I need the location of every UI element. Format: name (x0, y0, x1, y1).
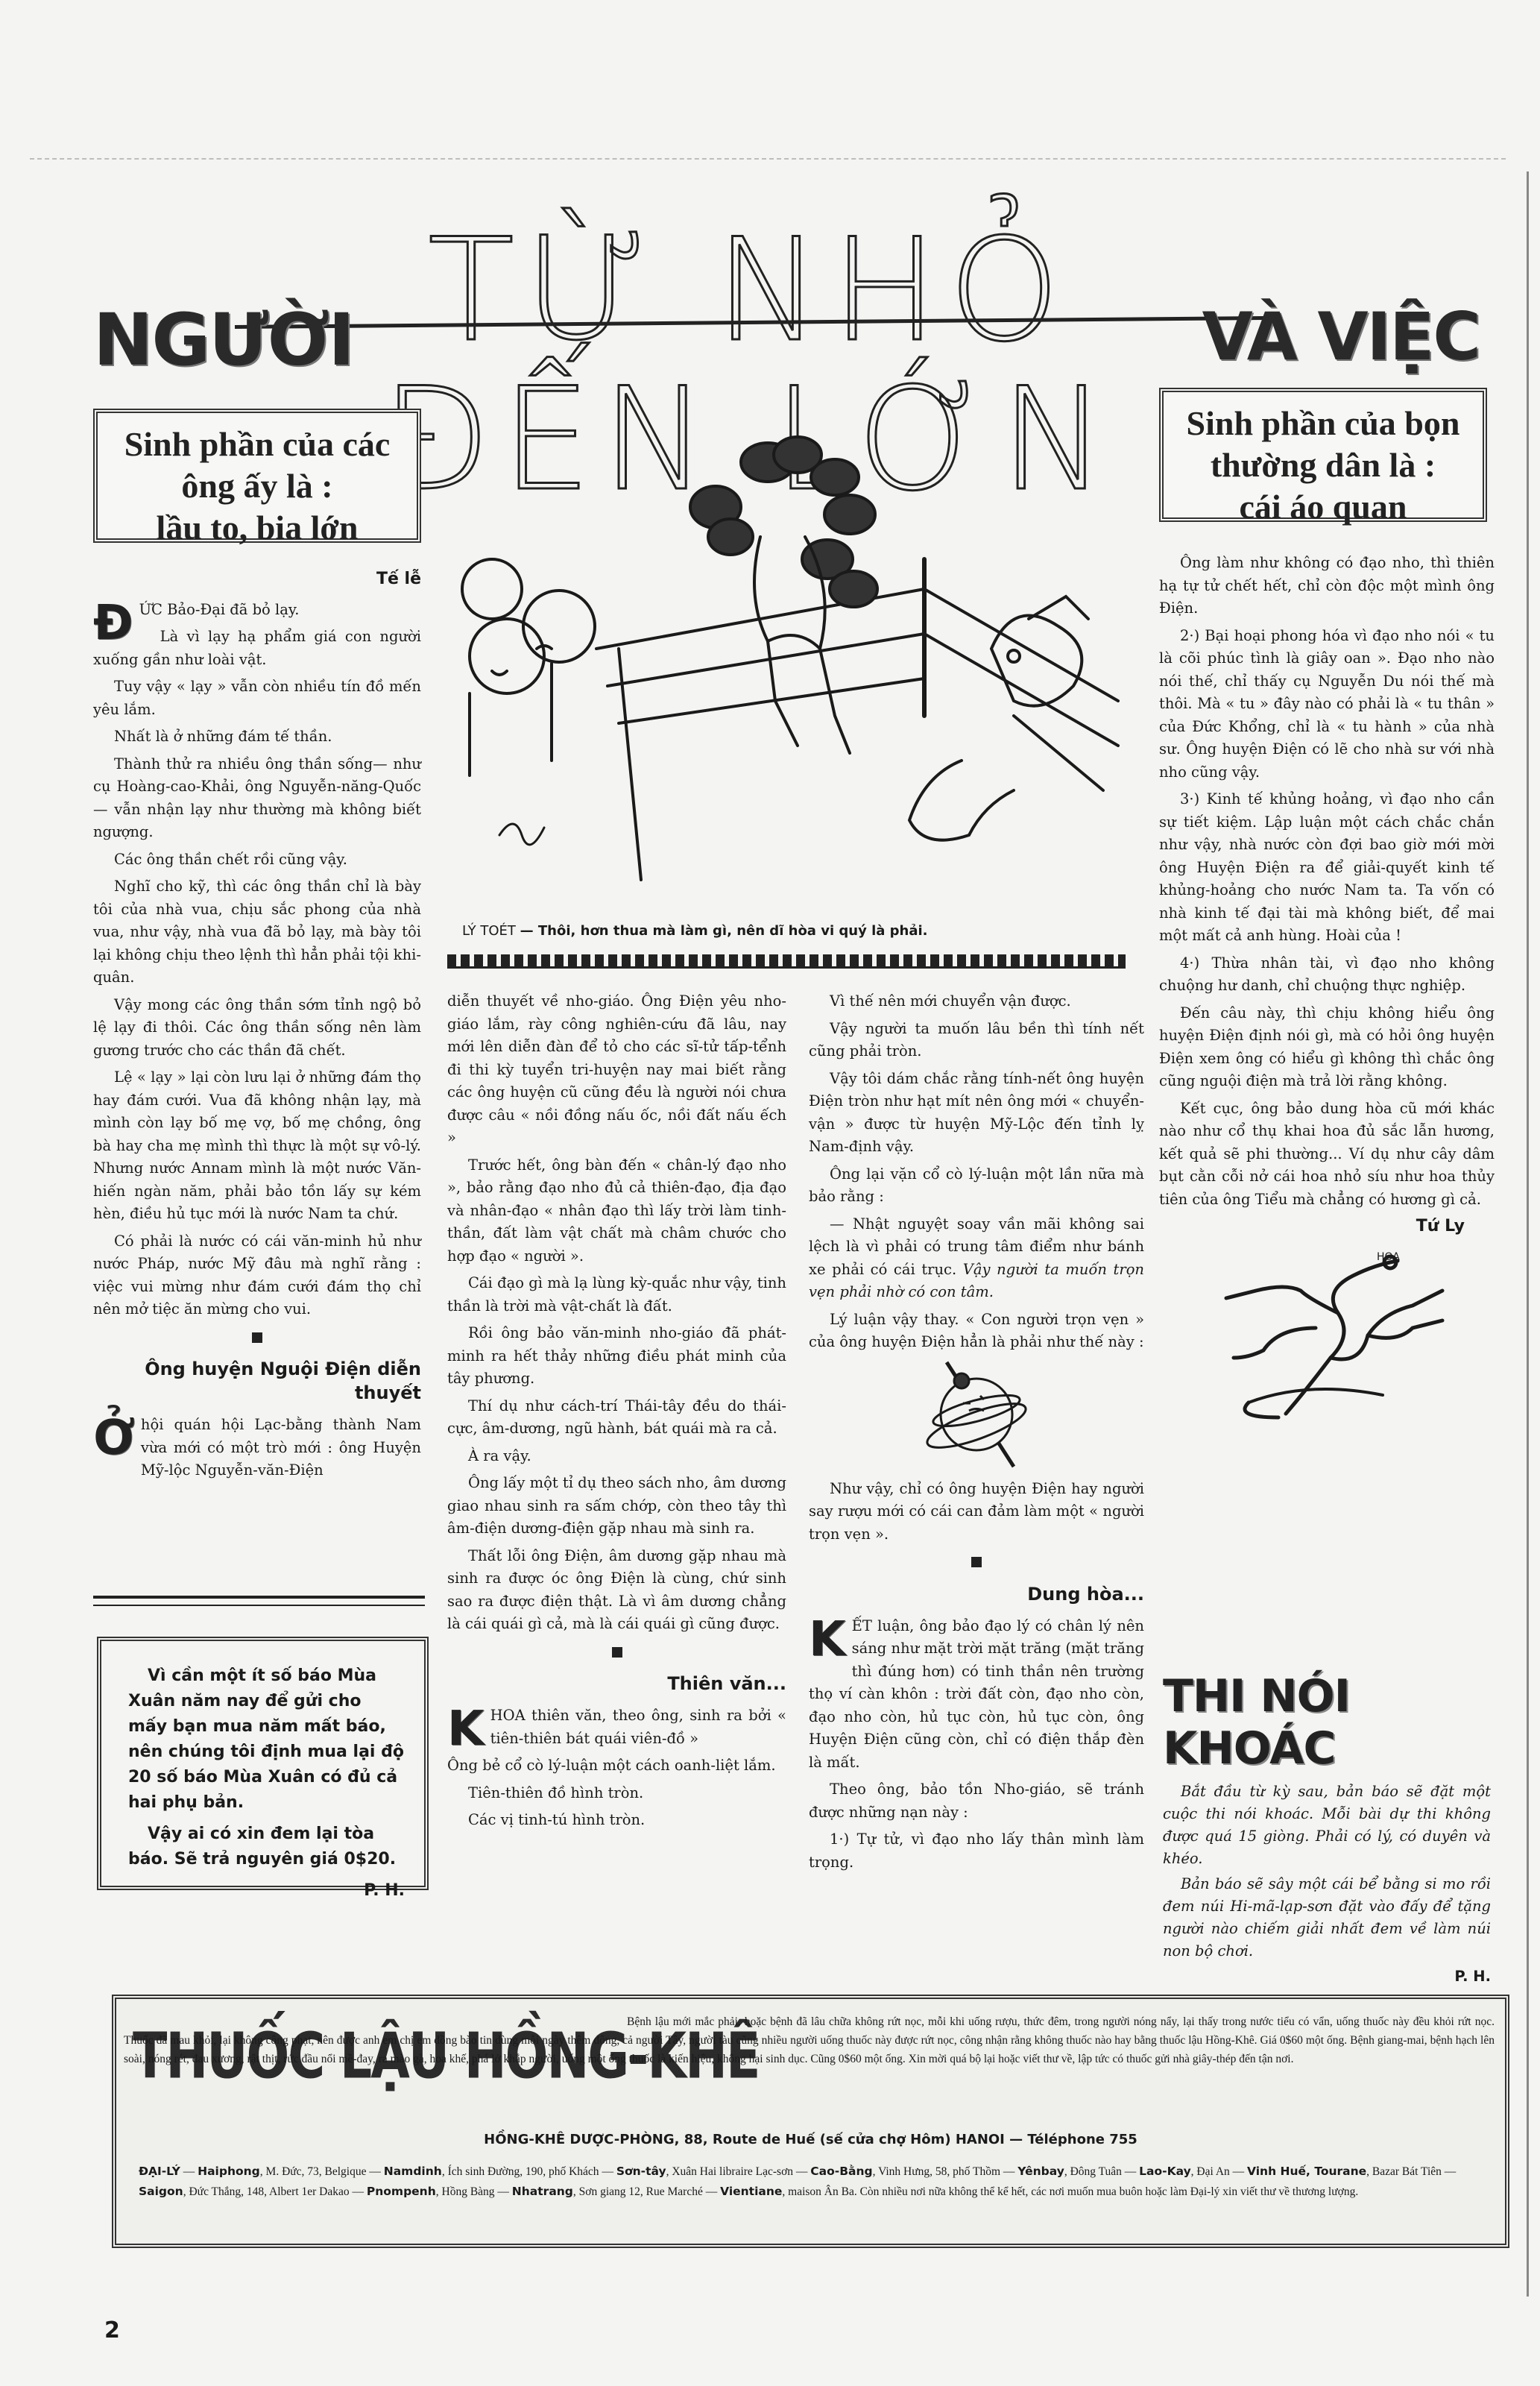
agent-detail: Đức Thắng, 148, Albert 1er Dakao (189, 2185, 349, 2198)
headline-line: Sinh phần của bọn (1171, 403, 1475, 444)
agents-note: Còn nhiều nơi nữa không thể kể hết, các … (860, 2185, 1359, 2198)
caption-text: — Thôi, hơn thua mà làm gì, nên dĩ hòa v… (520, 923, 928, 939)
notice-signature: P. H. (128, 1878, 405, 1904)
paragraph: Kết cục, ông bảo dung hòa cũ mới khác nà… (1159, 1098, 1495, 1212)
paragraph: Các vị tinh-tú hình tròn. (447, 1809, 786, 1832)
top-rule (30, 158, 1506, 160)
paragraph: Tiên-thiên đồ hình tròn. (447, 1782, 786, 1805)
section-separator (447, 1643, 786, 1666)
contest-text: Bản báo sẽ sây một cái bể bằng si mo rồi… (1163, 1873, 1491, 1962)
agent-city: Sơn-tây (616, 2165, 666, 2178)
agent-city: Nhatrang (512, 2185, 573, 2198)
agent-detail: Ích sinh Đường, 190, phố Khách (448, 2165, 599, 2178)
page-number: 2 (104, 2317, 120, 2343)
contest-text: Bắt đầu từ kỳ sau, bản báo sẽ đặt một cu… (1163, 1781, 1491, 1870)
masthead-left-word: NGƯỜI (93, 298, 353, 382)
headline-line: ông ấy là : (105, 465, 409, 507)
masthead-right-word: VÀ VIỆC (1202, 298, 1480, 375)
agent-detail: Sơn giang 12, Rue Marché (579, 2185, 703, 2198)
paragraph: Nhất là ở những đám tế thần. (93, 725, 421, 749)
headline-line: Sinh phần của các (105, 424, 409, 465)
section-title-thien-van: Thiên văn... (447, 1672, 786, 1696)
paragraph: Vậy mong các ông thần sớm tỉnh ngộ bỏ lệ… (93, 994, 421, 1063)
paragraph: — Nhật nguyệt soay vần mãi không sai lệc… (809, 1213, 1144, 1304)
paragraph: Có phải là nước có cái văn-minh hủ như n… (93, 1230, 421, 1321)
agent-detail: M. Đức, 73, Belgique (266, 2165, 367, 2178)
headline-line: thường dân là : (1171, 444, 1475, 486)
headline-line: lầu to, bia lớn (105, 507, 409, 549)
paragraph: Lệ « lạy » lại còn lưu lại ở những đám t… (93, 1066, 421, 1226)
headline-line: cái áo quan (1171, 486, 1475, 528)
paragraph: Ông làm như không có đạo nho, thì thiên … (1159, 552, 1495, 620)
author-signature: Tứ Ly (1159, 1215, 1465, 1238)
paragraph: 2·) Bại hoại phong hóa vì đạo nho nói « … (1159, 625, 1495, 784)
agent-city: Vientiane (720, 2185, 782, 2198)
paragraph: Trước hết, ông bàn đến « chân-lý đạo nho… (447, 1154, 786, 1268)
paragraph: Thí dụ như cách-trí Thái-tây đều do thái… (447, 1395, 786, 1441)
notice-text: Vậy ai có xin đem lại tòa báo. Sẽ trả ng… (128, 1822, 405, 1872)
agent-detail: Đại An (1196, 2165, 1229, 2178)
paragraph: Đến câu này, thì chịu không hiểu ông huy… (1159, 1002, 1495, 1093)
double-rule (93, 1596, 425, 1606)
drop-cap: Đ (93, 602, 133, 645)
page-edge-rule (1527, 171, 1529, 2297)
agent-detail: Xuân Hai libraire Lạc-sơn (672, 2165, 793, 2178)
boxing-cartoon-illustration (447, 403, 1118, 917)
caption-speaker: LÝ TOÉT (462, 923, 516, 939)
paragraph: Là vì lạy hạ phẩm giá con người xuống gầ… (93, 626, 421, 671)
drop-cap: Ở (93, 1417, 135, 1460)
paragraph: Vậy người ta muốn lâu bền thì tính nết c… (809, 1018, 1144, 1063)
notice-box: Vì cần một ít số báo Mùa Xuân năm nay để… (97, 1637, 429, 1890)
agent-city: Yênbay (1017, 2165, 1064, 2178)
paragraph: Các ông thần chết rồi cũng vậy. (93, 849, 421, 872)
agent-city: Namdinh (384, 2165, 442, 2178)
section-title-ong-huyen: Ông huyện Nguội Điện diễn thuyết (93, 1357, 421, 1405)
agent-detail: Hồng Bàng (442, 2185, 495, 2198)
paragraph: Thất lỗi ông Điện, âm dương gặp nhau mà … (447, 1545, 786, 1636)
paragraph: KHOA thiên văn, theo ông, sinh ra bởi « … (447, 1704, 786, 1750)
paragraph: À ra vậy. (447, 1445, 786, 1468)
paragraph: Ông lấy một tỉ dụ theo sách nho, âm dươn… (447, 1472, 786, 1540)
article-column-3: Vì thế nên mới chuyển vận được. Vậy ngườ… (809, 990, 1144, 1878)
drawing-label: HOA (1377, 1246, 1400, 1269)
advertisement-hong-khe: THUỐC LẬU HỒNG-KHÊ Bệnh lậu mới mắc phải… (112, 1995, 1509, 2248)
contest-signature: P. H. (1163, 1965, 1491, 1988)
agents-label: ĐẠI-LÝ (139, 2165, 180, 2178)
agent-detail: Vinh Hưng, 58, phố Thồm (878, 2165, 1000, 2178)
spinning-globe-illustration (809, 1359, 1144, 1478)
paragraph: Như vậy, chỉ có ông huyện Điện hay người… (809, 1478, 1144, 1546)
paragraph: Ởhội quán hội Lạc-bằng thành Nam vừa mới… (93, 1414, 421, 1482)
drop-cap: K (809, 1618, 846, 1661)
paragraph: Ông lại vặn cổ cò lý-luận một lần nữa mà… (809, 1163, 1144, 1209)
paragraph: diễn thuyết về nho-giáo. Ông Điện yêu nh… (447, 990, 786, 1150)
agent-city: Vinh Huế, Tourane (1247, 2165, 1366, 2178)
cartoon-caption: LÝ TOÉT — Thôi, hơn thua mà làm gì, nên … (462, 923, 1133, 939)
bonsai-tree-illustration: HOA (1159, 1246, 1495, 1417)
paragraph: 3·) Kinh tế khủng hoảng, vì đạo nho cần … (1159, 788, 1495, 948)
paragraph: Tuy vậy « lạy » vẫn còn nhiều tín đồ mến… (93, 676, 421, 721)
contest-announcement: THI NÓI KHOÁC Bắt đầu từ kỳ sau, bản báo… (1163, 1670, 1491, 1991)
agent-city: Pnompenh (367, 2185, 436, 2198)
agent-city: Saigon (139, 2185, 183, 2198)
agent-city: Haiphong (198, 2165, 260, 2178)
paragraph: 4·) Thừa nhân tài, vì đạo nho không chuộ… (1159, 952, 1495, 998)
paragraph: Vì thế nên mới chuyển vận được. (809, 990, 1144, 1013)
paragraph: Vậy tôi dám chắc rằng tính-nết ông huyện… (809, 1068, 1144, 1159)
left-boxed-headline: Sinh phần của các ông ấy là : lầu to, bi… (93, 409, 421, 543)
right-boxed-headline: Sinh phần của bọn thường dân là : cái áo… (1159, 388, 1487, 522)
drop-cap: K (447, 1707, 485, 1751)
ad-agents-list: ĐẠI-LÝ — Haiphong, M. Đức, 73, Belgique … (139, 2162, 1495, 2202)
paragraph: 1·) Tự tử, vì đạo nho lấy thân mình làm … (809, 1828, 1144, 1874)
checkered-divider (447, 954, 1126, 969)
section-title-te-le: Tế lễ (93, 568, 421, 591)
ad-body-text: Bệnh lậu mới mắc phải, hoặc bệnh đã lâu … (124, 2012, 1495, 2068)
paragraph: Thành thử ra nhiều ông thần sống— như cụ… (93, 753, 421, 844)
agent-city: Lao-Kay (1139, 2165, 1191, 2178)
paragraph: KẾT luận, ông bảo đạo lý có chân lý nên … (809, 1615, 1144, 1775)
article-column-2: diễn thuyết về nho-giáo. Ông Điện yêu nh… (447, 990, 786, 1836)
paragraph: Lý luận vậy thay. « Con người trọn vẹn »… (809, 1309, 1144, 1354)
agent-city: Cao-Bằng (810, 2165, 872, 2178)
ad-address: HỒNG-KHÊ DƯỢC-PHÒNG, 88, Route de Huế (s… (116, 2132, 1505, 2147)
article-column-4: Ông làm như không có đạo nho, thì thiên … (1159, 552, 1495, 1417)
paragraph: Ông bẻ cổ cò lý-luận một cách oanh-liệt … (447, 1754, 786, 1778)
masthead: TỪ NHỎ ĐẾN LỚN NGƯỜI VÀ VIỆC (86, 224, 1495, 373)
paragraph: ĐỨC Bảo-Đại đã bỏ lạy. (93, 599, 421, 622)
contest-title: THI NÓI KHOÁC (1163, 1670, 1491, 1775)
paragraph: Theo ông, bảo tồn Nho-giáo, sẽ tránh đượ… (809, 1778, 1144, 1824)
agent-detail: maison Ân Ba (788, 2185, 854, 2198)
agent-detail: Bazar Bát Tiên (1372, 2165, 1442, 2178)
section-title-dung-hoa: Dung hòa... (809, 1582, 1144, 1606)
paragraph: Nghĩ cho kỹ, thì các ông thần chỉ là bày… (93, 875, 421, 989)
section-separator (809, 1553, 1144, 1576)
notice-text: Vì cần một ít số báo Mùa Xuân năm nay để… (128, 1663, 405, 1816)
paragraph: Rồi ông bảo văn-minh nho-giáo đã phát-mi… (447, 1322, 786, 1391)
agent-detail: Đông Tuân (1070, 2165, 1122, 2178)
section-separator (93, 1329, 421, 1352)
paragraph: Cái đạo gì mà lạ lùng kỳ-quắc như vậy, t… (447, 1272, 786, 1318)
article-column-1: Tế lễ ĐỨC Bảo-Đại đã bỏ lạy. Là vì lạy h… (93, 565, 421, 1487)
